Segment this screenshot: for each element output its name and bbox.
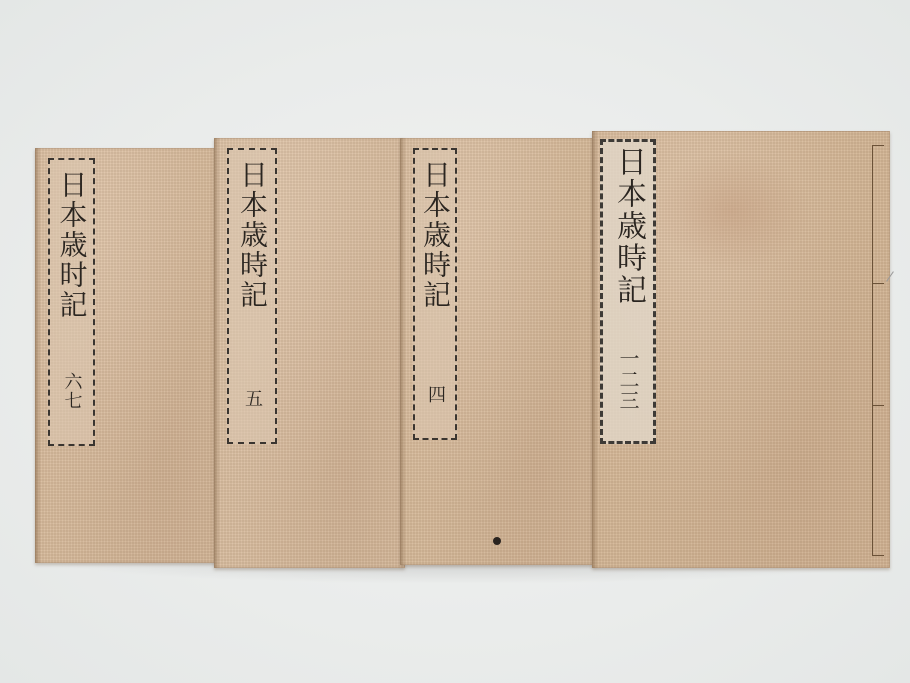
ink-spot <box>493 537 501 545</box>
cover-edge <box>35 148 41 563</box>
book-title: 日本歳時記 <box>238 160 266 310</box>
title-slip: 日本歳時記 四 <box>413 148 457 440</box>
title-slip: 日本歳時記 五 <box>227 148 277 444</box>
book-title: 日本歳时記 <box>58 170 86 320</box>
book-title: 日本歳時記 <box>421 160 449 310</box>
stitch-mark <box>872 555 884 556</box>
stitch-binding-line <box>872 145 873 555</box>
title-slip: 日本歳时記 六七 <box>48 158 95 446</box>
cover-edge <box>400 138 406 565</box>
water-stain <box>652 151 812 271</box>
volume-number: 四 <box>426 385 444 404</box>
volume-number: 五 <box>243 389 261 408</box>
cover-edge <box>214 138 220 568</box>
book-volume-1-2-3: 日本歳時記 一二三 <box>592 131 890 568</box>
stitch-mark <box>872 145 884 146</box>
cover-edge <box>592 131 598 568</box>
book-volume-6-7: 日本歳时記 六七 <box>35 148 222 563</box>
stitch-mark <box>872 405 884 406</box>
photo-scene: 日本歳时記 六七 日本歳時記 五 日本歳時記 四 日本歳時記 一二三 <box>0 0 910 683</box>
title-slip: 日本歳時記 一二三 <box>600 139 656 444</box>
volume-number: 一二三 <box>618 348 638 411</box>
book-volume-4: 日本歳時記 四 <box>400 138 598 565</box>
book-volume-5: 日本歳時記 五 <box>214 138 405 568</box>
book-title: 日本歳時記 <box>613 146 643 306</box>
stitch-mark <box>872 283 884 284</box>
volume-number: 六七 <box>63 372 81 410</box>
loose-thread <box>886 271 894 281</box>
